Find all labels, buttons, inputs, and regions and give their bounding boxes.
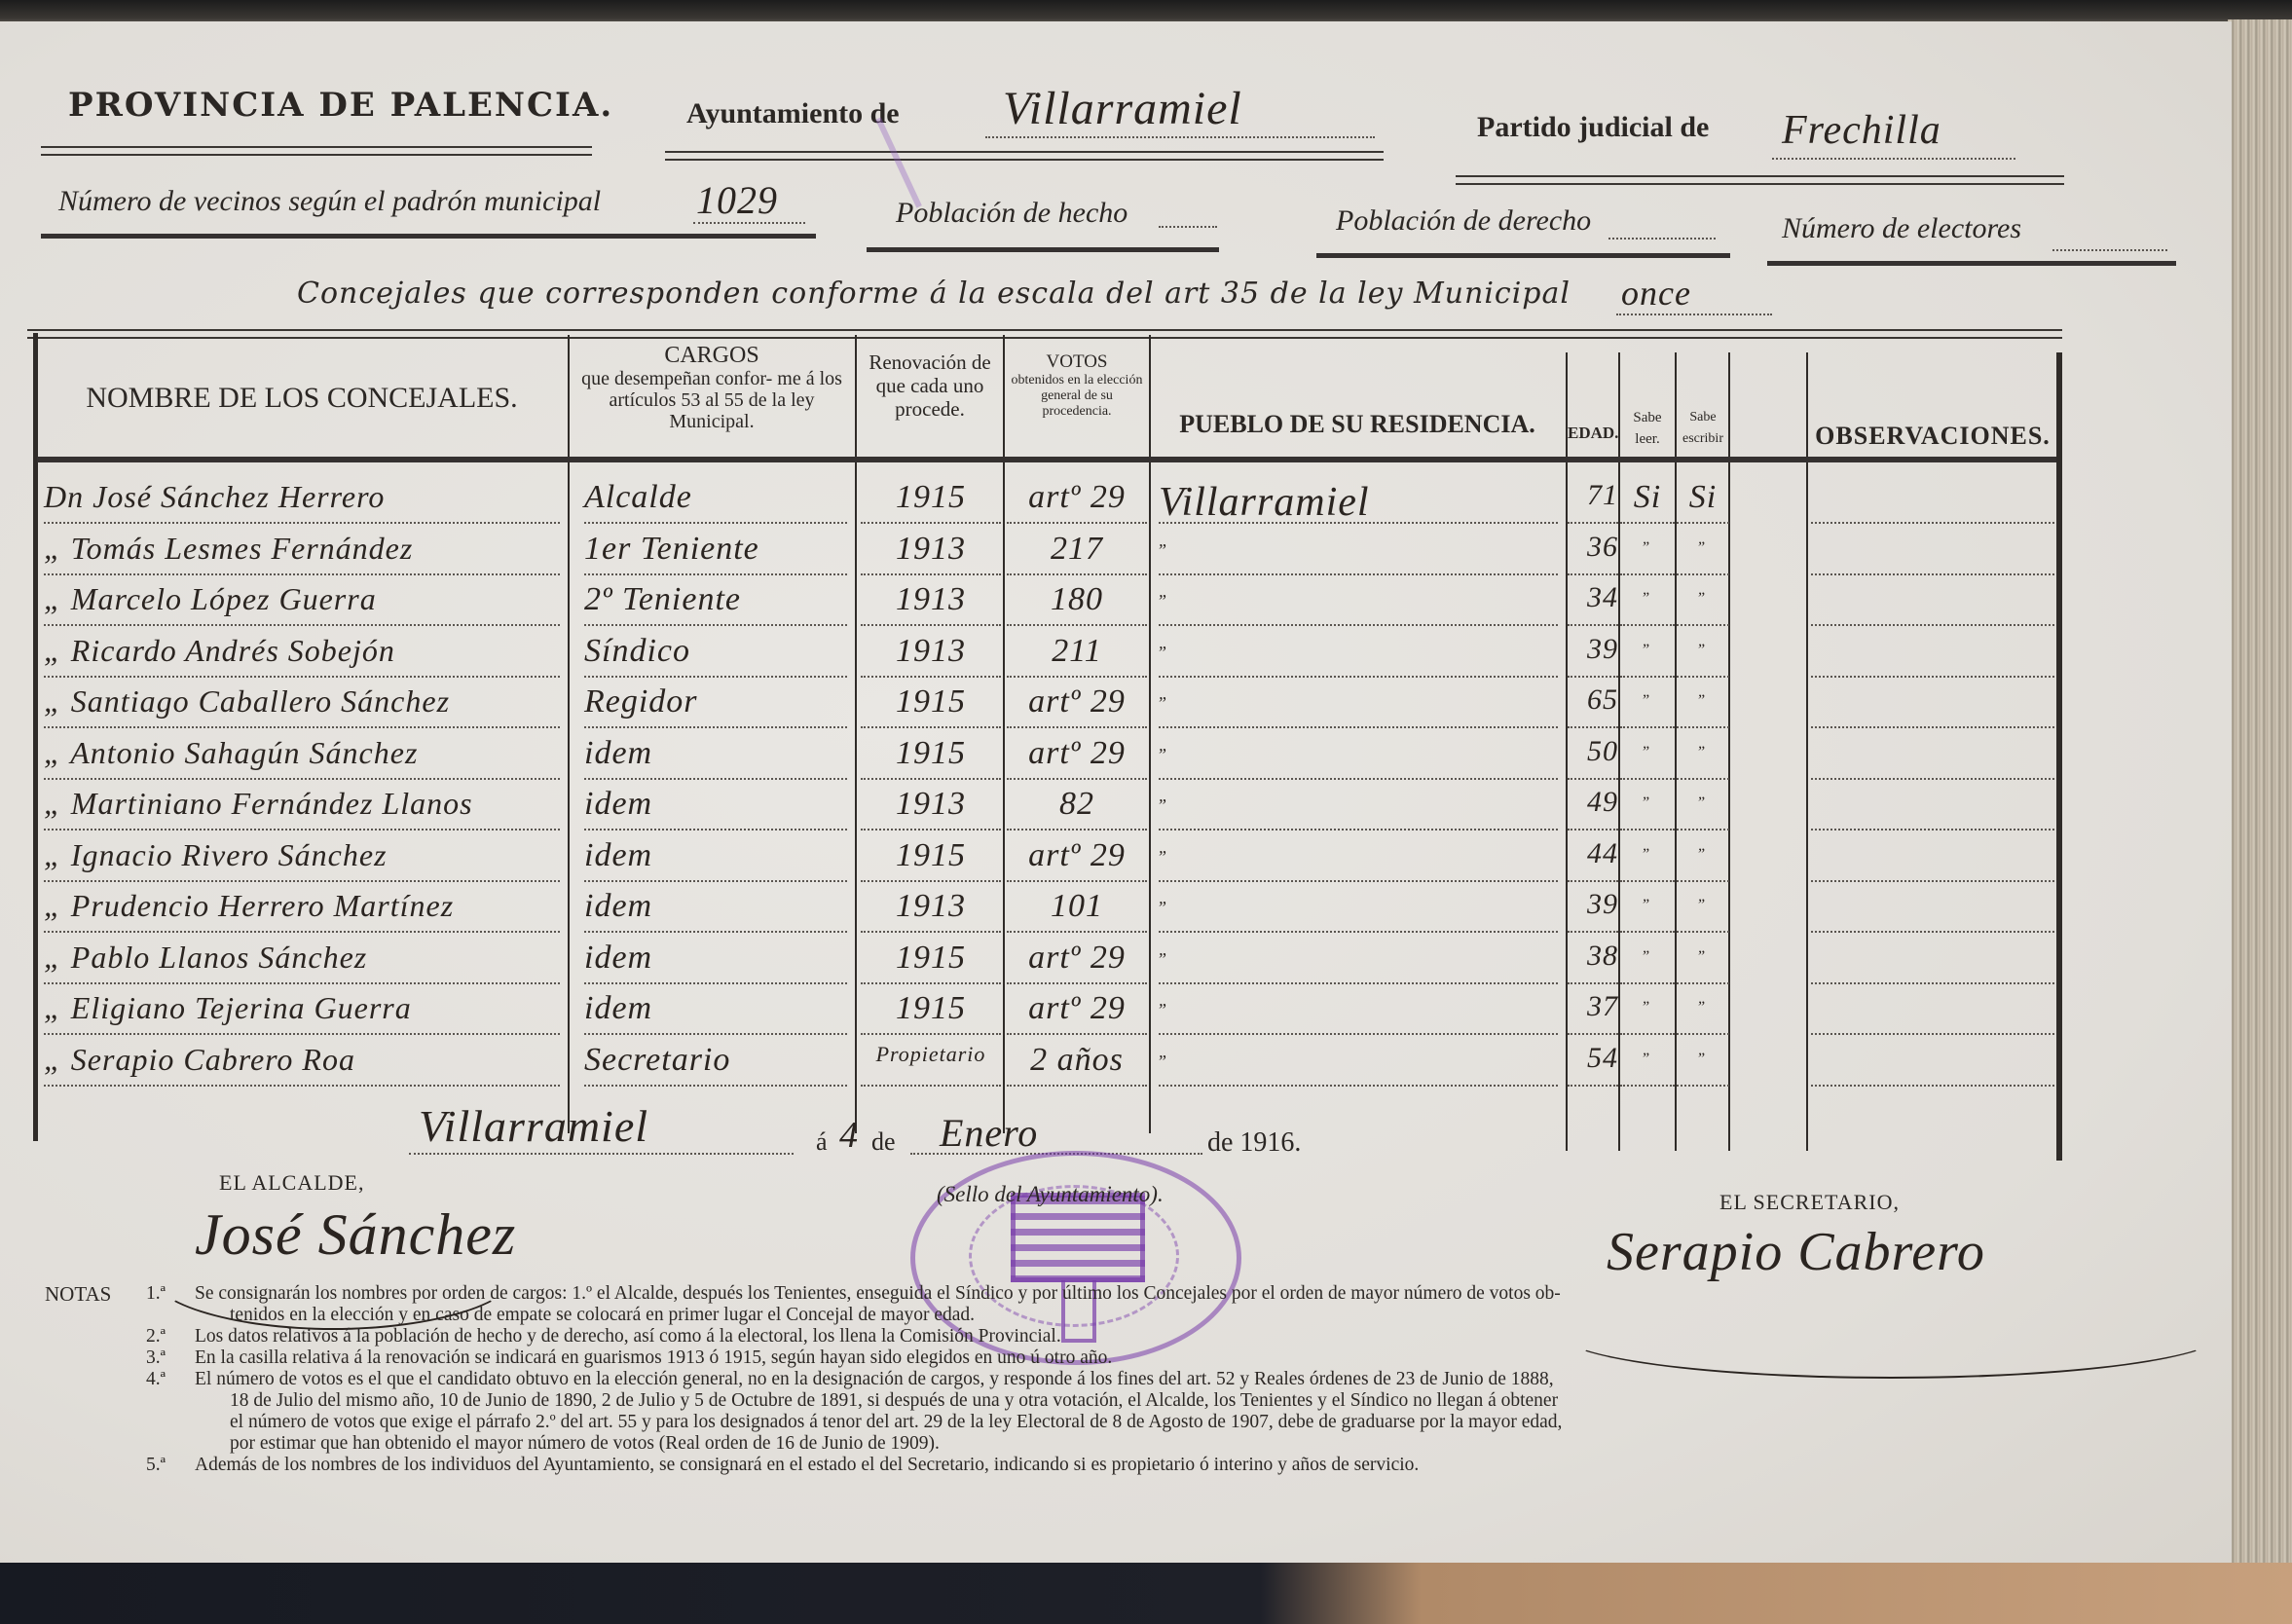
row-dotline bbox=[1159, 522, 1558, 524]
row-dotline bbox=[1568, 982, 1618, 984]
cell-nombre: „ Santiago Caballero Sánchez bbox=[44, 683, 560, 720]
row-dotline bbox=[1007, 778, 1147, 780]
col-divider-9 bbox=[1806, 352, 1808, 1151]
cell-nombre: „ Ricardo Andrés Sobejón bbox=[44, 633, 560, 669]
row-dotline bbox=[584, 982, 847, 984]
row-dotline bbox=[1007, 880, 1147, 882]
row-dotline bbox=[1677, 573, 1729, 575]
date-a: á bbox=[816, 1127, 828, 1157]
cell-nombre: „ Ignacio Rivero Sánchez bbox=[44, 837, 560, 873]
cell-pueblo: „ bbox=[1159, 633, 1558, 653]
col-divider-4 bbox=[1149, 335, 1151, 1133]
cell-cargo: Regidor bbox=[584, 683, 847, 720]
row-dotline bbox=[1811, 676, 2054, 678]
row-dotline bbox=[44, 1085, 560, 1087]
row-dotline bbox=[1620, 624, 1675, 626]
row-dotline bbox=[44, 931, 560, 933]
cell-sabe-escribir: „ bbox=[1677, 581, 1729, 599]
header-votos-sub: obtenidos en la elección general de su p… bbox=[1007, 373, 1147, 420]
header-bottom-rule bbox=[37, 457, 2056, 462]
cell-edad: 44 bbox=[1568, 837, 1618, 870]
row-dotline bbox=[861, 1033, 1001, 1035]
note-number: 2.ª bbox=[146, 1326, 166, 1347]
violet-ink-mark bbox=[875, 117, 922, 207]
cell-pueblo: „ bbox=[1159, 786, 1558, 806]
cell-pueblo: „ bbox=[1159, 581, 1558, 602]
cell-cargo: idem bbox=[584, 735, 847, 772]
table-left-border bbox=[33, 333, 38, 1141]
cell-sabe-leer: „ bbox=[1620, 888, 1675, 905]
row-dotline bbox=[1811, 880, 2054, 882]
date-place-dotline bbox=[409, 1153, 794, 1155]
cell-edad: 71 bbox=[1568, 479, 1618, 512]
cell-edad: 54 bbox=[1568, 1042, 1618, 1075]
date-de: de bbox=[871, 1127, 896, 1157]
row-dotline bbox=[1007, 931, 1147, 933]
cell-sabe-escribir: „ bbox=[1677, 837, 1729, 855]
row-dotline bbox=[1568, 880, 1618, 882]
row-dotline bbox=[1677, 778, 1729, 780]
row-dotline bbox=[1159, 1033, 1558, 1035]
row-dotline bbox=[1159, 880, 1558, 882]
cell-sabe-leer: „ bbox=[1620, 581, 1675, 599]
cell-renovacion: 1915 bbox=[861, 990, 1001, 1027]
cell-sabe-leer: „ bbox=[1620, 683, 1675, 701]
col-divider-1 bbox=[568, 335, 570, 1133]
note-line: por estimar que han obtenido el mayor nú… bbox=[230, 1433, 940, 1455]
provincia-underline bbox=[41, 146, 592, 156]
cell-sabe-escribir: „ bbox=[1677, 633, 1729, 650]
cell-pueblo: „ bbox=[1159, 837, 1558, 858]
row-dotline bbox=[1568, 573, 1618, 575]
note-line: El número de votos es el que el candidat… bbox=[195, 1369, 1554, 1390]
cell-cargo: 1er Teniente bbox=[584, 531, 847, 568]
cell-cargo: Secretario bbox=[584, 1042, 847, 1079]
row-dotline bbox=[1620, 676, 1675, 678]
row-dotline bbox=[861, 931, 1001, 933]
cell-sabe-leer: „ bbox=[1620, 990, 1675, 1008]
cell-nombre: „ Pablo Llanos Sánchez bbox=[44, 940, 560, 976]
cell-cargo: idem bbox=[584, 837, 847, 874]
cell-renovacion: 1915 bbox=[861, 683, 1001, 720]
cell-pueblo: „ bbox=[1159, 683, 1558, 704]
note-number: 1.ª bbox=[146, 1283, 166, 1305]
row-dotline bbox=[584, 624, 847, 626]
row-dotline bbox=[1007, 624, 1147, 626]
row-dotline bbox=[1159, 726, 1558, 728]
row-dotline bbox=[861, 726, 1001, 728]
row-dotline bbox=[44, 880, 560, 882]
cell-renovacion: 1913 bbox=[861, 633, 1001, 670]
row-dotline bbox=[1007, 1033, 1147, 1035]
vecinos-value: 1029 bbox=[696, 177, 778, 223]
ayuntamiento-underline bbox=[665, 151, 1384, 161]
cell-pueblo: „ bbox=[1159, 1042, 1558, 1062]
row-dotline bbox=[1677, 726, 1729, 728]
note-line: Se consignarán los nombres por orden de … bbox=[195, 1283, 1561, 1305]
cell-pueblo: „ bbox=[1159, 940, 1558, 960]
cell-nombre: Dn José Sánchez Herrero bbox=[44, 479, 560, 515]
cell-nombre: „ Tomás Lesmes Fernández bbox=[44, 531, 560, 567]
ayuntamiento-label: Ayuntamiento de bbox=[686, 97, 900, 130]
cell-votos: artº 29 bbox=[1007, 837, 1147, 874]
row-dotline bbox=[1159, 676, 1558, 678]
row-dotline bbox=[1007, 1085, 1147, 1087]
cell-renovacion: 1915 bbox=[861, 735, 1001, 772]
date-place: Villarramiel bbox=[419, 1100, 648, 1152]
concejales-dotline bbox=[1616, 314, 1772, 315]
cell-edad: 39 bbox=[1568, 633, 1618, 666]
cell-sabe-leer: „ bbox=[1620, 633, 1675, 650]
header-nombre: NOMBRE DE LOS CONCEJALES. bbox=[39, 382, 565, 414]
header-edad: EDAD. bbox=[1568, 424, 1618, 443]
cell-pueblo: „ bbox=[1159, 888, 1558, 908]
cell-nombre: „ Eligiano Tejerina Guerra bbox=[44, 990, 560, 1026]
derecho-label: Población de derecho bbox=[1336, 204, 1591, 238]
row-dotline bbox=[1568, 624, 1618, 626]
cell-renovacion: 1915 bbox=[861, 837, 1001, 874]
cell-cargo: idem bbox=[584, 786, 847, 823]
header-observaciones: OBSERVACIONES. bbox=[1811, 423, 2054, 451]
cell-pueblo: Villarramiel bbox=[1159, 479, 1558, 526]
cell-nombre: „ Serapio Cabrero Roa bbox=[44, 1042, 560, 1078]
cell-cargo: Alcalde bbox=[584, 479, 847, 516]
cell-cargo: 2º Teniente bbox=[584, 581, 847, 618]
cell-votos: 217 bbox=[1007, 531, 1147, 568]
partido-label: Partido judicial de bbox=[1477, 111, 1709, 144]
row-dotline bbox=[1568, 726, 1618, 728]
cell-votos: artº 29 bbox=[1007, 479, 1147, 516]
row-dotline bbox=[1620, 829, 1675, 830]
row-dotline bbox=[1677, 1085, 1729, 1087]
cell-votos: 2 años bbox=[1007, 1042, 1147, 1079]
derecho-underline bbox=[1316, 253, 1730, 258]
note-line: Además de los nombres de los individuos … bbox=[195, 1455, 1419, 1476]
cell-votos: artº 29 bbox=[1007, 940, 1147, 977]
header-cargos: CARGOS que desempeñan confor- me á los a… bbox=[571, 343, 853, 432]
header-pueblo: PUEBLO DE SU RESIDENCIA. bbox=[1153, 411, 1562, 439]
row-dotline bbox=[44, 624, 560, 626]
row-dotline bbox=[1620, 726, 1675, 728]
row-dotline bbox=[584, 1085, 847, 1087]
row-dotline bbox=[1811, 726, 2054, 728]
secretario-label: EL SECRETARIO, bbox=[1719, 1190, 1900, 1215]
row-dotline bbox=[584, 726, 847, 728]
cell-edad: 65 bbox=[1568, 683, 1618, 717]
cell-nombre: „ Martiniano Fernández Llanos bbox=[44, 786, 560, 822]
cell-sabe-leer: „ bbox=[1620, 735, 1675, 753]
row-dotline bbox=[1677, 624, 1729, 626]
cell-edad: 37 bbox=[1568, 990, 1618, 1023]
row-dotline bbox=[584, 676, 847, 678]
row-dotline bbox=[1159, 982, 1558, 984]
row-dotline bbox=[861, 880, 1001, 882]
cell-renovacion: 1913 bbox=[861, 786, 1001, 823]
cell-cargo: idem bbox=[584, 940, 847, 977]
cell-sabe-leer: „ bbox=[1620, 1042, 1675, 1059]
ayuntamiento-dotline bbox=[985, 136, 1375, 138]
header-renovacion: Renovación de que cada uno procede. bbox=[859, 351, 1001, 421]
cell-nombre: „ Prudencio Herrero Martínez bbox=[44, 888, 560, 924]
row-dotline bbox=[1007, 522, 1147, 524]
row-dotline bbox=[44, 829, 560, 830]
vecinos-underline bbox=[41, 234, 816, 239]
cell-votos: artº 29 bbox=[1007, 683, 1147, 720]
concejales-label: Concejales que corresponden conforme á l… bbox=[297, 277, 1571, 311]
table-right-border bbox=[2056, 352, 2062, 1161]
cell-renovacion: Propietario bbox=[861, 1042, 1001, 1067]
cell-pueblo: „ bbox=[1159, 990, 1558, 1011]
vecinos-dotline bbox=[693, 222, 805, 224]
sello-label: (Sello del Ayuntamiento). bbox=[937, 1182, 1164, 1207]
cell-cargo: idem bbox=[584, 990, 847, 1027]
note-line: Los datos relativos á la población de he… bbox=[195, 1326, 1061, 1347]
row-dotline bbox=[1620, 1085, 1675, 1087]
cell-edad: 36 bbox=[1568, 531, 1618, 564]
row-dotline bbox=[1677, 829, 1729, 830]
cell-cargo: idem bbox=[584, 888, 847, 925]
derecho-dotline bbox=[1608, 238, 1716, 240]
row-dotline bbox=[1811, 829, 2054, 830]
row-dotline bbox=[1007, 829, 1147, 830]
row-dotline bbox=[1677, 982, 1729, 984]
cell-sabe-escribir: „ bbox=[1677, 531, 1729, 548]
electores-label: Número de electores bbox=[1782, 212, 2021, 245]
row-dotline bbox=[1811, 931, 2054, 933]
row-dotline bbox=[1159, 1085, 1558, 1087]
table-top-rule bbox=[27, 329, 2062, 339]
row-dotline bbox=[1811, 573, 2054, 575]
alcalde-label: EL ALCALDE, bbox=[219, 1170, 365, 1196]
electores-underline bbox=[1767, 261, 2176, 266]
cell-edad: 39 bbox=[1568, 888, 1618, 921]
cell-sabe-leer: „ bbox=[1620, 940, 1675, 957]
cell-renovacion: 1915 bbox=[861, 479, 1001, 516]
row-dotline bbox=[861, 1085, 1001, 1087]
note-number: 3.ª bbox=[146, 1347, 166, 1369]
cell-sabe-escribir: „ bbox=[1677, 888, 1729, 905]
cell-sabe-leer: „ bbox=[1620, 786, 1675, 803]
row-dotline bbox=[1007, 676, 1147, 678]
row-dotline bbox=[1677, 1033, 1729, 1035]
row-dotline bbox=[861, 624, 1001, 626]
header-sabe-escribir: Sabe escribir bbox=[1677, 407, 1729, 450]
cell-cargo: Síndico bbox=[584, 633, 847, 670]
secretario-signature: Serapio Cabrero bbox=[1607, 1221, 1985, 1283]
row-dotline bbox=[1159, 573, 1558, 575]
row-dotline bbox=[861, 573, 1001, 575]
cell-votos: 101 bbox=[1007, 888, 1147, 925]
row-dotline bbox=[1159, 931, 1558, 933]
row-dotline bbox=[861, 676, 1001, 678]
cell-sabe-leer: „ bbox=[1620, 837, 1675, 855]
row-dotline bbox=[1811, 1085, 2054, 1087]
secretario-flourish bbox=[1558, 1287, 2224, 1379]
cell-renovacion: 1913 bbox=[861, 581, 1001, 618]
cell-renovacion: 1915 bbox=[861, 940, 1001, 977]
notes-label: NOTAS bbox=[45, 1283, 111, 1305]
row-dotline bbox=[1568, 778, 1618, 780]
note-number: 4.ª bbox=[146, 1369, 166, 1390]
row-dotline bbox=[1811, 1033, 2054, 1035]
row-dotline bbox=[1677, 522, 1729, 524]
date-day: 4 bbox=[839, 1114, 859, 1157]
row-dotline bbox=[1620, 1033, 1675, 1035]
row-dotline bbox=[584, 778, 847, 780]
row-dotline bbox=[1007, 982, 1147, 984]
hecho-dotline bbox=[1159, 226, 1217, 228]
cell-votos: 82 bbox=[1007, 786, 1147, 823]
document-page: PROVINCIA DE PALENCIA. Ayuntamiento de V… bbox=[0, 21, 2232, 1569]
cell-sabe-escribir: „ bbox=[1677, 940, 1729, 957]
row-dotline bbox=[1620, 880, 1675, 882]
cell-sabe-leer: Si bbox=[1620, 479, 1675, 516]
row-dotline bbox=[44, 778, 560, 780]
row-dotline bbox=[1159, 829, 1558, 830]
row-dotline bbox=[1811, 778, 2054, 780]
row-dotline bbox=[1159, 778, 1558, 780]
row-dotline bbox=[1568, 522, 1618, 524]
hecho-label: Población de hecho bbox=[896, 197, 1128, 230]
header-sabe-leer: Sabe leer. bbox=[1620, 407, 1675, 450]
note-number: 5.ª bbox=[146, 1455, 166, 1476]
header-votos: VOTOS obtenidos en la elección general d… bbox=[1007, 352, 1147, 420]
cell-pueblo: „ bbox=[1159, 531, 1558, 551]
col-divider-2 bbox=[855, 335, 857, 1133]
cell-sabe-escribir: „ bbox=[1677, 735, 1729, 753]
row-dotline bbox=[1620, 931, 1675, 933]
row-dotline bbox=[44, 1033, 560, 1035]
row-dotline bbox=[1159, 624, 1558, 626]
row-dotline bbox=[44, 676, 560, 678]
row-dotline bbox=[1677, 931, 1729, 933]
row-dotline bbox=[584, 931, 847, 933]
note-line: 18 de Julio del mismo año, 10 de Junio d… bbox=[230, 1390, 1558, 1412]
cell-edad: 38 bbox=[1568, 940, 1618, 973]
provincia-title: PROVINCIA DE PALENCIA. bbox=[68, 86, 613, 125]
row-dotline bbox=[1811, 624, 2054, 626]
cell-sabe-leer: „ bbox=[1620, 531, 1675, 548]
row-dotline bbox=[584, 573, 847, 575]
cell-votos: artº 29 bbox=[1007, 990, 1147, 1027]
partido-value: Frechilla bbox=[1782, 107, 1941, 154]
cell-edad: 34 bbox=[1568, 581, 1618, 614]
partido-dotline bbox=[1772, 158, 2015, 160]
row-dotline bbox=[1568, 931, 1618, 933]
cell-nombre: „ Antonio Sahagún Sánchez bbox=[44, 735, 560, 771]
row-dotline bbox=[1811, 522, 2054, 524]
col-divider-3 bbox=[1003, 335, 1005, 1133]
date-month: Enero bbox=[940, 1110, 1038, 1156]
row-dotline bbox=[1620, 573, 1675, 575]
row-dotline bbox=[1568, 829, 1618, 830]
row-dotline bbox=[861, 522, 1001, 524]
row-dotline bbox=[44, 573, 560, 575]
cell-renovacion: 1913 bbox=[861, 888, 1001, 925]
date-year: de 1916. bbox=[1207, 1127, 1301, 1159]
row-dotline bbox=[861, 982, 1001, 984]
row-dotline bbox=[584, 522, 847, 524]
note-line: tenidos en la elección y en caso de empa… bbox=[230, 1305, 975, 1326]
row-dotline bbox=[1620, 522, 1675, 524]
book-page-edges bbox=[2228, 19, 2292, 1616]
cell-edad: 50 bbox=[1568, 735, 1618, 768]
concejales-value: once bbox=[1621, 273, 1691, 314]
cell-votos: 211 bbox=[1007, 633, 1147, 670]
row-dotline bbox=[1677, 676, 1729, 678]
cell-sabe-escribir: „ bbox=[1677, 786, 1729, 803]
row-dotline bbox=[1677, 880, 1729, 882]
row-dotline bbox=[584, 880, 847, 882]
row-dotline bbox=[44, 982, 560, 984]
note-line: el número de votos que exige el párrafo … bbox=[230, 1412, 1562, 1433]
cell-sabe-escribir: „ bbox=[1677, 990, 1729, 1008]
row-dotline bbox=[861, 829, 1001, 830]
header-cargos-title: CARGOS bbox=[571, 343, 853, 368]
row-dotline bbox=[44, 522, 560, 524]
row-dotline bbox=[1568, 1033, 1618, 1035]
note-line: En la casilla relativa á la renovación s… bbox=[195, 1347, 1112, 1369]
row-dotline bbox=[1568, 676, 1618, 678]
row-dotline bbox=[44, 726, 560, 728]
row-dotline bbox=[1568, 1085, 1618, 1087]
ayuntamiento-value: Villarramiel bbox=[1003, 82, 1242, 135]
cell-votos: artº 29 bbox=[1007, 735, 1147, 772]
row-dotline bbox=[584, 829, 847, 830]
row-dotline bbox=[1620, 982, 1675, 984]
cell-nombre: „ Marcelo López Guerra bbox=[44, 581, 560, 617]
cell-sabe-escribir: „ bbox=[1677, 683, 1729, 701]
cell-pueblo: „ bbox=[1159, 735, 1558, 756]
cell-sabe-escribir: Si bbox=[1677, 479, 1729, 516]
row-dotline bbox=[861, 778, 1001, 780]
cell-votos: 180 bbox=[1007, 581, 1147, 618]
vecinos-label: Número de vecinos según el padrón munici… bbox=[58, 185, 601, 218]
electores-dotline bbox=[2052, 249, 2167, 251]
book-binding-bottom bbox=[0, 1563, 2292, 1624]
row-dotline bbox=[584, 1033, 847, 1035]
row-dotline bbox=[1007, 573, 1147, 575]
cell-edad: 49 bbox=[1568, 786, 1618, 819]
row-dotline bbox=[1007, 726, 1147, 728]
row-dotline bbox=[1811, 982, 2054, 984]
partido-underline bbox=[1456, 175, 2064, 185]
cell-renovacion: 1913 bbox=[861, 531, 1001, 568]
hecho-underline bbox=[867, 247, 1219, 252]
header-votos-title: VOTOS bbox=[1007, 352, 1147, 373]
cell-sabe-escribir: „ bbox=[1677, 1042, 1729, 1059]
row-dotline bbox=[1620, 778, 1675, 780]
header-cargos-sub: que desempeñan confor- me á los artículo… bbox=[571, 368, 853, 432]
